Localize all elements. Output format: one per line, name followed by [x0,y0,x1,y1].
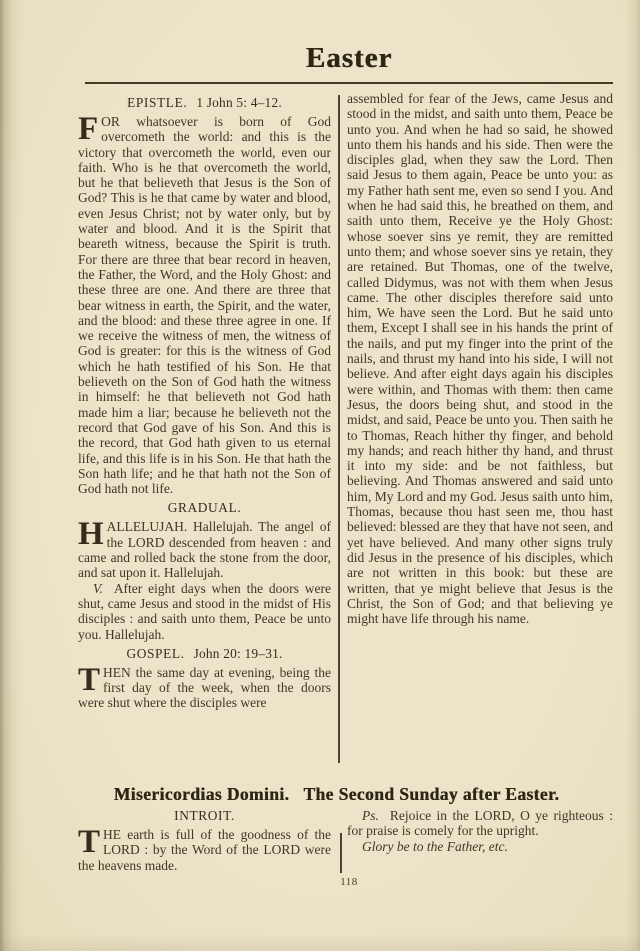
scanned-book-page: Easter EPISTLE.1 John 5: 4–12. FOR whats… [0,0,640,951]
page-header-title: Easter [85,42,613,75]
gospel-heading: GOSPEL.John 20: 19–31. [78,646,331,662]
introit-psalm: Ps. Rejoice in the LORD, O ye righteous … [347,808,613,839]
right-column: assembled for fear of the Jews, came Jes… [347,91,613,763]
gradual-versicle: V. After eight days when the doors were … [78,581,331,642]
introit-label: INTROIT. [174,808,235,823]
next-sunday-title: Misericordias Domini.The Second Sunday a… [60,784,613,805]
gradual-body: HALLELUJAH. Hallelujah. The angel of the… [78,519,331,580]
introit-heading: INTROIT. [78,808,331,824]
epistle-body: FOR whatsoever is born of God overcometh… [78,114,331,496]
epistle-label: EPISTLE. [127,95,187,110]
introit-column-gap [331,808,347,873]
next-sunday-title-latin: Misericordias Domini. [114,784,290,804]
gospel-body-right: assembled for fear of the Jews, came Jes… [347,91,613,626]
page-number: 118 [85,876,613,888]
introit-body: THE earth is full of the goodness of the… [78,827,331,873]
introit-right-column: Ps. Rejoice in the LORD, O ye righteous … [347,808,613,873]
versicle-text: After eight days when the doors were shu… [78,581,331,642]
introit-section: INTROIT. THE earth is full of the goodne… [78,808,613,873]
introit-left-column: INTROIT. THE earth is full of the goodne… [78,808,331,873]
versicle-marker: V. [93,581,103,596]
gradual-heading: GRADUAL. [78,500,331,516]
header-rule [85,82,613,84]
psalm-marker: Ps. [362,808,379,823]
epistle-heading: EPISTLE.1 John 5: 4–12. [78,95,331,111]
gospel-reference: John 20: 19–31. [194,646,283,661]
epistle-reference: 1 John 5: 4–12. [196,95,282,110]
gloria-patri: Glory be to the Father, etc. [347,839,613,854]
psalm-text: Rejoice in the LORD, O ye righteous : fo… [347,808,613,838]
main-text-columns: EPISTLE.1 John 5: 4–12. FOR whatsoever i… [78,91,613,763]
next-sunday-title-english: The Second Sunday after Easter. [303,784,559,804]
gospel-label: GOSPEL. [126,646,184,661]
gradual-label: GRADUAL. [168,500,242,515]
left-column: EPISTLE.1 John 5: 4–12. FOR whatsoever i… [78,91,331,763]
gospel-body-left: THEN the same day at evening, being the … [78,665,331,711]
column-gap [331,91,347,763]
